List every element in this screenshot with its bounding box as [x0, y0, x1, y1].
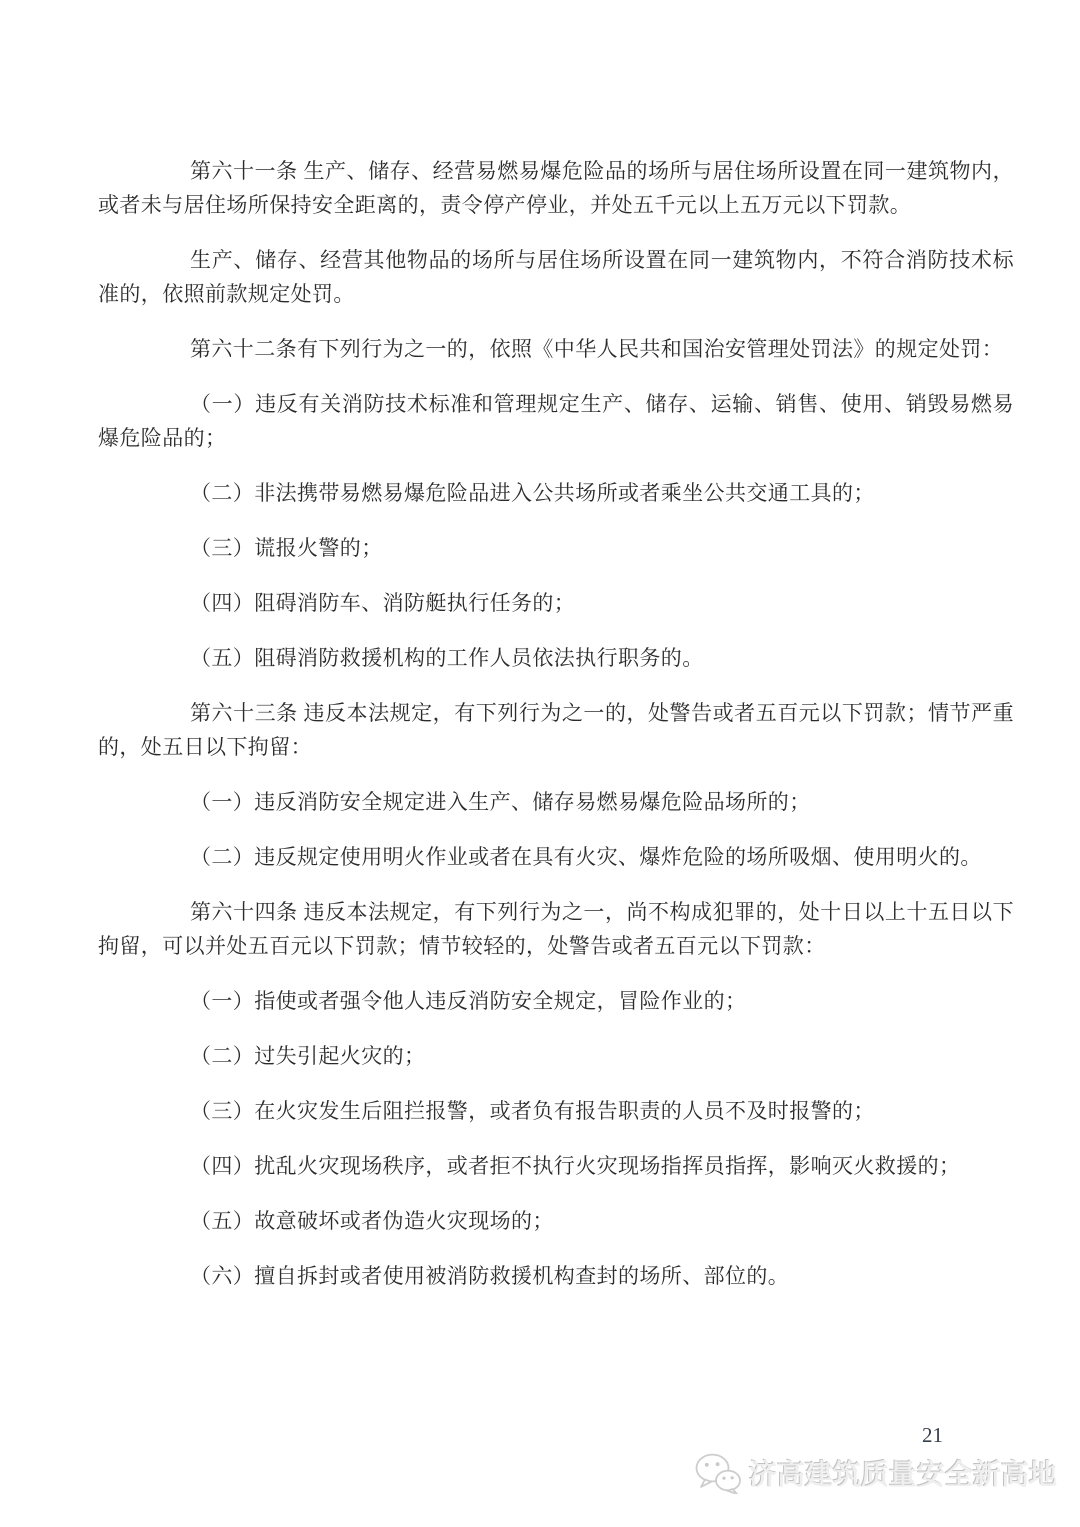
- paragraph: 第六十一条 生产、储存、经营易燃易爆危险品的场所与居住场所设置在同一建筑物内，或…: [98, 154, 1014, 222]
- document-body: 第六十一条 生产、储存、经营易燃易爆危险品的场所与居住场所设置在同一建筑物内，或…: [98, 154, 1014, 1314]
- paragraph: （二）过失引起火灾的；: [98, 1039, 1014, 1073]
- paragraph: （五）阻碍消防救援机构的工作人员依法执行职务的。: [98, 641, 1014, 675]
- paragraph: 第六十二条有下列行为之一的，依照《中华人民共和国治安管理处罚法》的规定处罚：: [98, 332, 1014, 366]
- paragraph: （二）违反规定使用明火作业或者在具有火灾、爆炸危险的场所吸烟、使用明火的。: [98, 840, 1014, 874]
- paragraph: （一）指使或者强令他人违反消防安全规定，冒险作业的；: [98, 984, 1014, 1018]
- watermark: 济高建筑质量安全新高地: [694, 1452, 1057, 1494]
- page-number: 21: [922, 1422, 943, 1448]
- paragraph: （六）擅自拆封或者使用被消防救援机构查封的场所、部位的。: [98, 1259, 1014, 1293]
- paragraph: （四）阻碍消防车、消防艇执行任务的；: [98, 586, 1014, 620]
- paragraph: （二）非法携带易燃易爆危险品进入公共场所或者乘坐公共交通工具的；: [98, 476, 1014, 510]
- paragraph: （一）违反消防安全规定进入生产、储存易燃易爆危险品场所的；: [98, 785, 1014, 819]
- paragraph: （三）谎报火警的；: [98, 531, 1014, 565]
- watermark-text: 济高建筑质量安全新高地: [749, 1453, 1057, 1493]
- paragraph: （五）故意破坏或者伪造火灾现场的；: [98, 1204, 1014, 1238]
- paragraph: （三）在火灾发生后阻拦报警，或者负有报告职责的人员不及时报警的；: [98, 1094, 1014, 1128]
- wechat-icon: [694, 1452, 742, 1494]
- paragraph: （一）违反有关消防技术标准和管理规定生产、储存、运输、销售、使用、销毁易燃易爆危…: [98, 387, 1014, 455]
- document-page: 第六十一条 生产、储存、经营易燃易爆危险品的场所与居住场所设置在同一建筑物内，或…: [0, 0, 1080, 1527]
- paragraph: 生产、储存、经营其他物品的场所与居住场所设置在同一建筑物内，不符合消防技术标准的…: [98, 243, 1014, 311]
- paragraph: 第六十四条 违反本法规定，有下列行为之一，尚不构成犯罪的，处十日以上十五日以下拘…: [98, 895, 1014, 963]
- paragraph: （四）扰乱火灾现场秩序，或者拒不执行火灾现场指挥员指挥，影响灭火救援的；: [98, 1149, 1014, 1183]
- paragraph: 第六十三条 违反本法规定，有下列行为之一的，处警告或者五百元以下罚款；情节严重的…: [98, 696, 1014, 764]
